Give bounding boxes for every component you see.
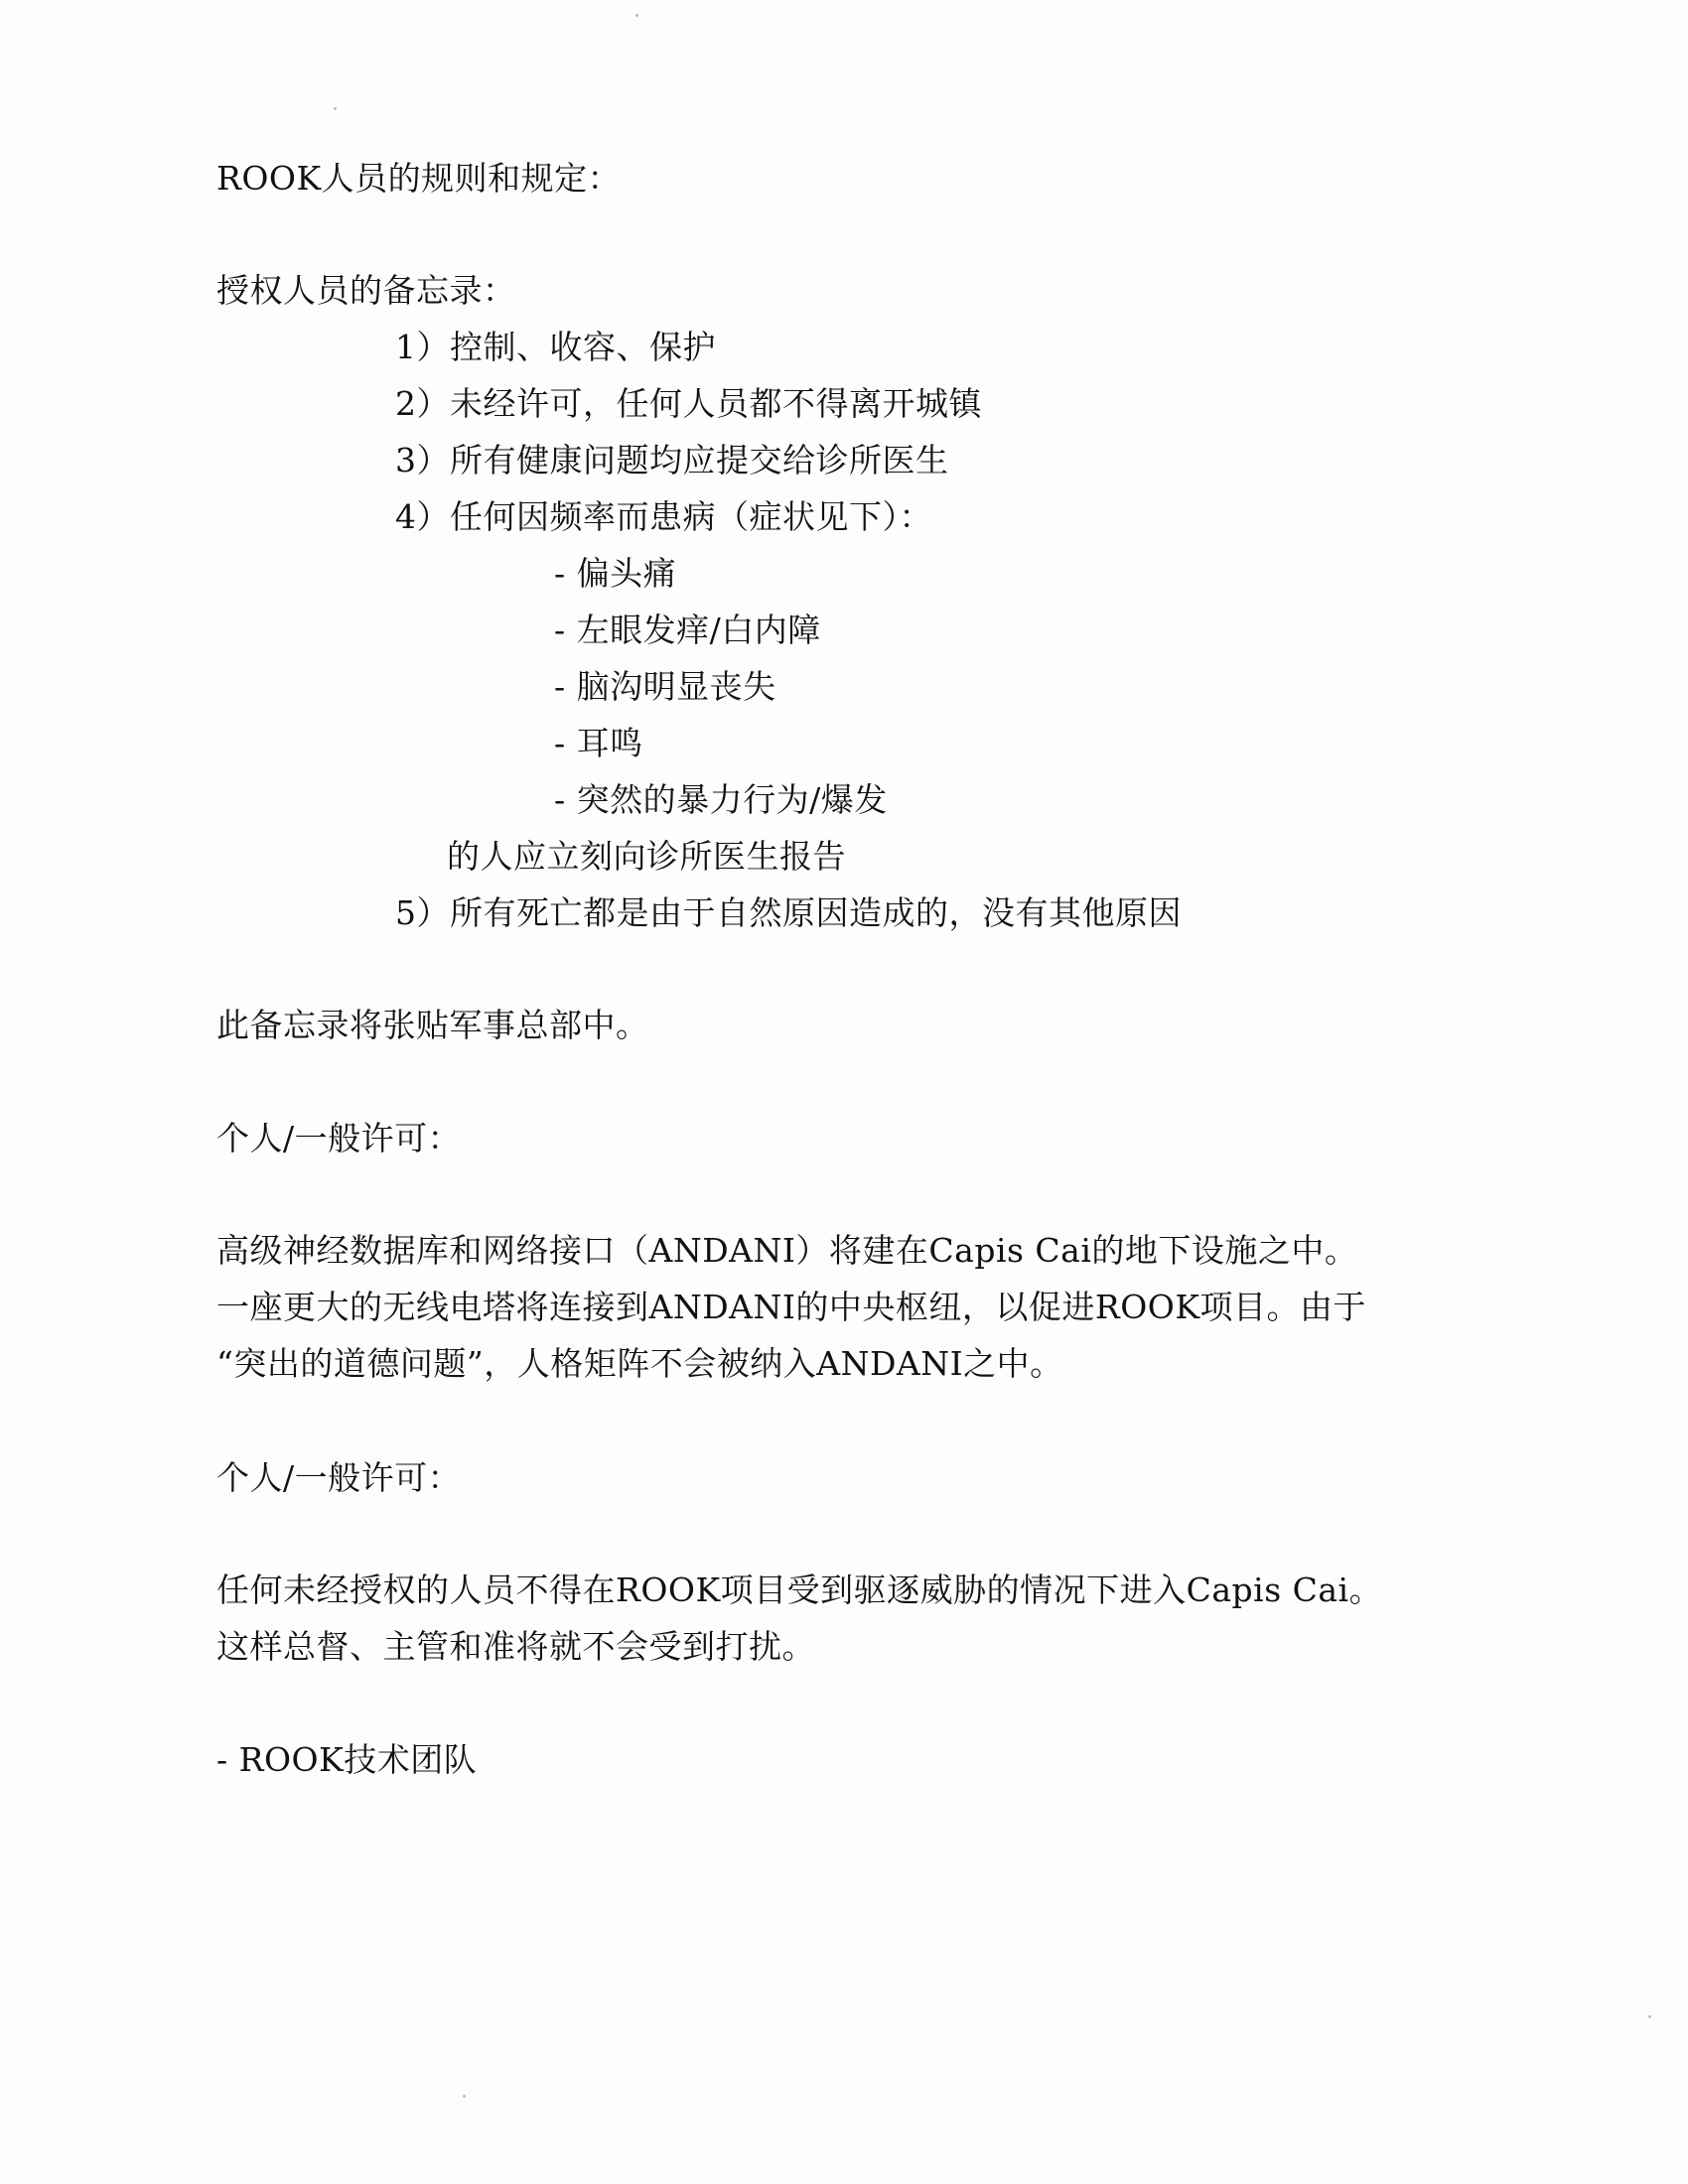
memo-heading: 授权人员的备忘录： <box>216 269 516 313</box>
document-title: ROOK人员的规则和规定： <box>216 157 621 201</box>
scanned-document-page: ROOK人员的规则和规定： 授权人员的备忘录： 1）控制、收容、保护 2）未经许… <box>0 0 1688 2184</box>
memo-item-5: 5）所有死亡都是由于自然原因造成的，没有其他原因 <box>395 891 1182 935</box>
paragraph-line: 这样总督、主管和准将就不会受到打扰。 <box>216 1625 815 1669</box>
symptom-item: - 脑沟明显丧失 <box>554 665 776 709</box>
symptom-item: - 左眼发痒/白内障 <box>554 609 821 652</box>
scan-speck <box>334 107 337 110</box>
paragraph-line: 任何未经授权的人员不得在ROOK项目受到驱逐威胁的情况下进入Capis Cai。 <box>216 1569 1382 1612</box>
paragraph-line: 一座更大的无线电塔将连接到ANDANI的中央枢纽，以促进ROOK项目。由于 <box>216 1286 1366 1329</box>
scan-speck <box>635 14 638 17</box>
paragraph-line: “突出的道德问题”，人格矩阵不会被纳入ANDANI之中。 <box>216 1342 1063 1386</box>
symptom-item: - 偏头痛 <box>554 552 676 596</box>
memo-item-4: 4）任何因频率而患病（症状见下）： <box>395 495 932 539</box>
symptom-item: - 突然的暴力行为/爆发 <box>554 778 888 822</box>
memo-item-1: 1）控制、收容、保护 <box>395 326 716 369</box>
memo-item-3: 3）所有健康问题均应提交给诊所医生 <box>395 439 949 482</box>
section-heading: 个人/一般许可： <box>216 1117 461 1160</box>
scan-speck <box>1648 2015 1651 2018</box>
signature: - ROOK技术团队 <box>216 1738 477 1782</box>
section-heading: 个人/一般许可： <box>216 1456 461 1500</box>
symptom-item: - 耳鸣 <box>554 722 643 765</box>
posted-note: 此备忘录将张贴军事总部中。 <box>216 1004 649 1047</box>
scan-speck <box>463 2095 466 2098</box>
report-instruction: 的人应立刻向诊所医生报告 <box>447 835 846 879</box>
paragraph-line: 高级神经数据库和网络接口（ANDANI）将建在Capis Cai的地下设施之中。 <box>216 1229 1357 1273</box>
memo-item-2: 2）未经许可，任何人员都不得离开城镇 <box>395 382 982 426</box>
